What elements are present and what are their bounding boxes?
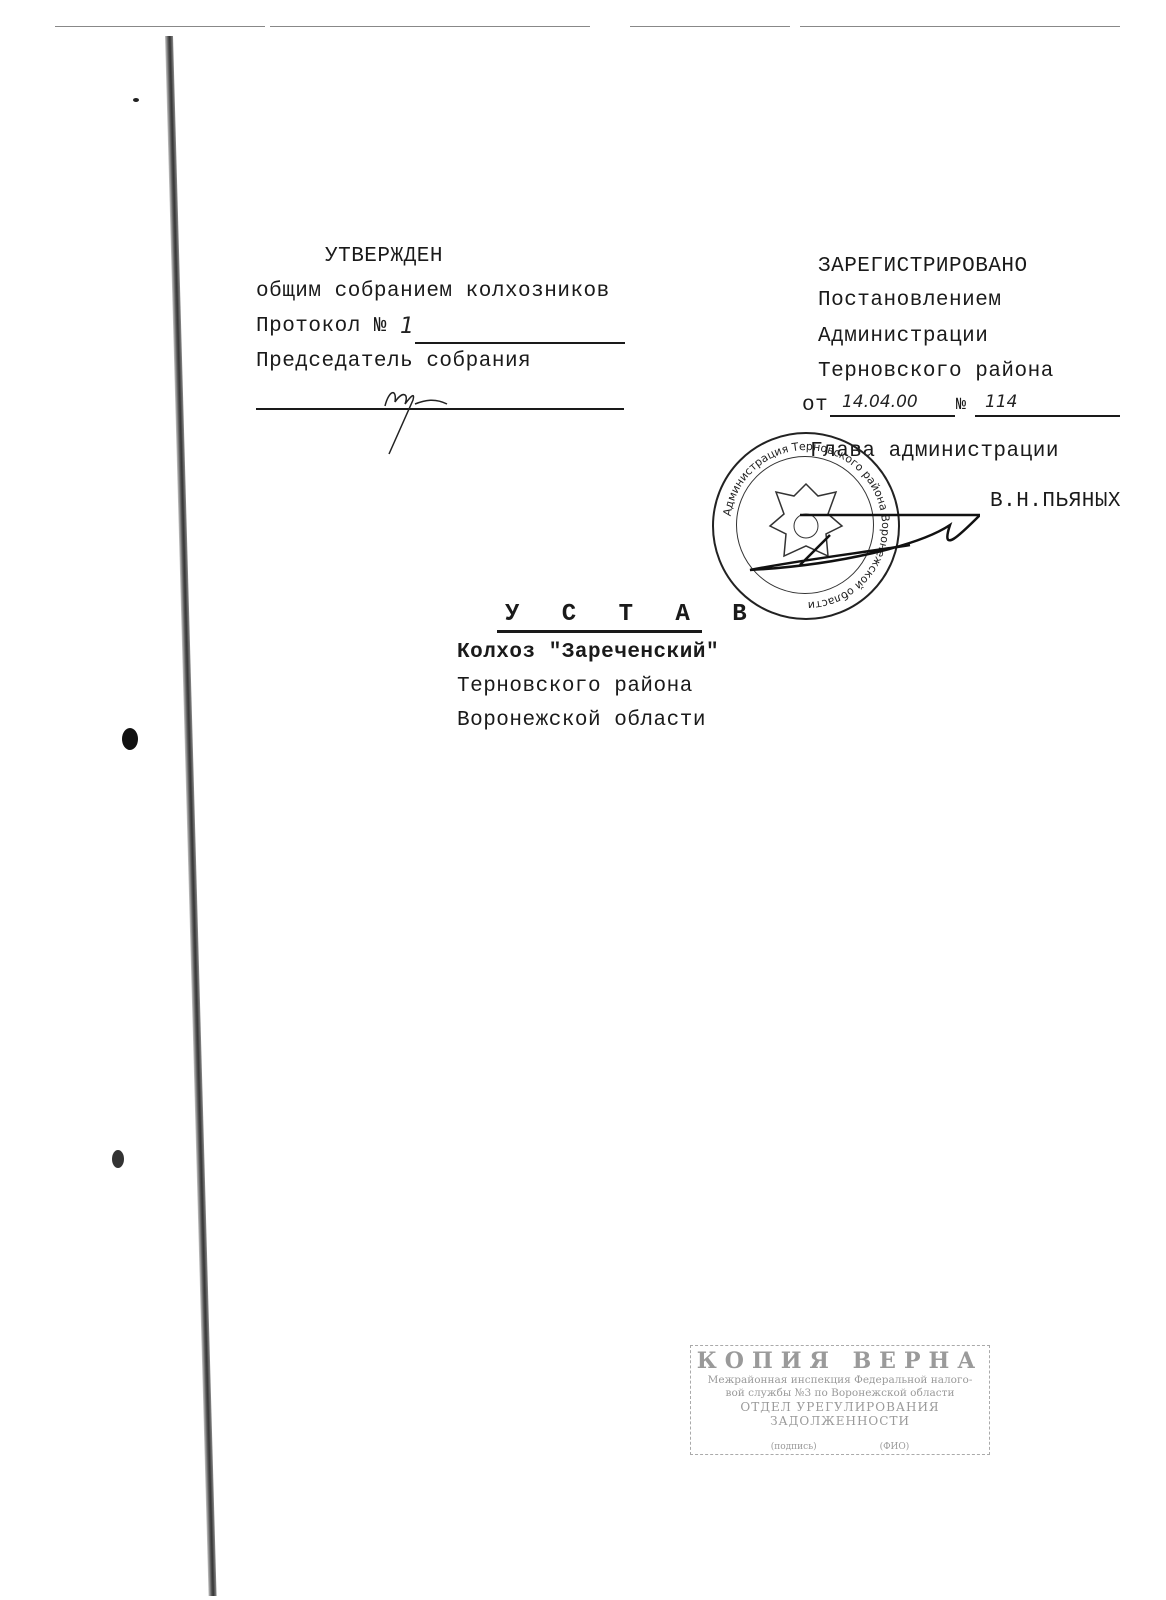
scan-edge-line: [800, 26, 1120, 27]
scan-speck: [133, 98, 139, 102]
protocol-label: Протокол №: [256, 312, 387, 342]
district-line: Терновского района: [457, 672, 693, 702]
registered-title: ЗАРЕГИСТРИРОВАНО: [818, 252, 1028, 282]
name-caption: (ФИО): [880, 1442, 910, 1452]
head-signature-icon: [740, 505, 980, 585]
copy-stamp-line3: ОТДЕЛ УРЕГУЛИРОВАНИЯ ЗАДОЛЖЕННОСТИ: [691, 1400, 989, 1428]
sign-caption: (подпись): [771, 1442, 817, 1452]
scan-edge-line: [55, 26, 265, 27]
document-title: У С Т А В: [505, 600, 761, 630]
scan-edge-line: [630, 26, 790, 27]
registered-line1: Постановлением: [818, 286, 1001, 316]
binding-hole: [122, 728, 138, 750]
scan-edge-line: [270, 26, 590, 27]
certified-copy-stamp: КОПИЯ ВЕРНА Межрайонная инспекция Федера…: [690, 1345, 990, 1455]
registration-date: 14.04.00: [842, 392, 918, 412]
kolkhoz-name: Колхоз "Зареченский": [457, 638, 719, 668]
binding-edge-shadow: [165, 36, 217, 1596]
number-prefix: №: [956, 391, 967, 421]
chairman-signature-icon: [375, 370, 465, 455]
protocol-underline: [415, 342, 625, 344]
registered-line3: Терновского района: [818, 357, 1054, 387]
registered-line2: Администрации: [818, 322, 988, 352]
copy-stamp-captions: (подпись) (ФИО): [691, 1442, 989, 1452]
region-line: Воронежской области: [457, 706, 706, 736]
registration-number: 114: [985, 392, 1017, 412]
date-prefix: от: [802, 391, 828, 421]
title-underline: [497, 630, 702, 633]
date-underline: [830, 415, 955, 417]
approved-line1: общим собранием колхозников: [256, 277, 610, 307]
copy-stamp-line2: вой службы №3 по Воронежской области: [691, 1387, 989, 1400]
approved-title: УТВЕРЖДЕН: [325, 242, 443, 272]
protocol-number: 1: [400, 314, 414, 339]
binding-hole: [112, 1150, 124, 1168]
copy-stamp-title: КОПИЯ ВЕРНА: [691, 1348, 989, 1374]
number-underline: [975, 415, 1120, 417]
head-name: В.Н.ПЬЯНЫХ: [990, 487, 1121, 517]
copy-stamp-line1: Межрайонная инспекция Федеральной налого…: [691, 1374, 989, 1387]
